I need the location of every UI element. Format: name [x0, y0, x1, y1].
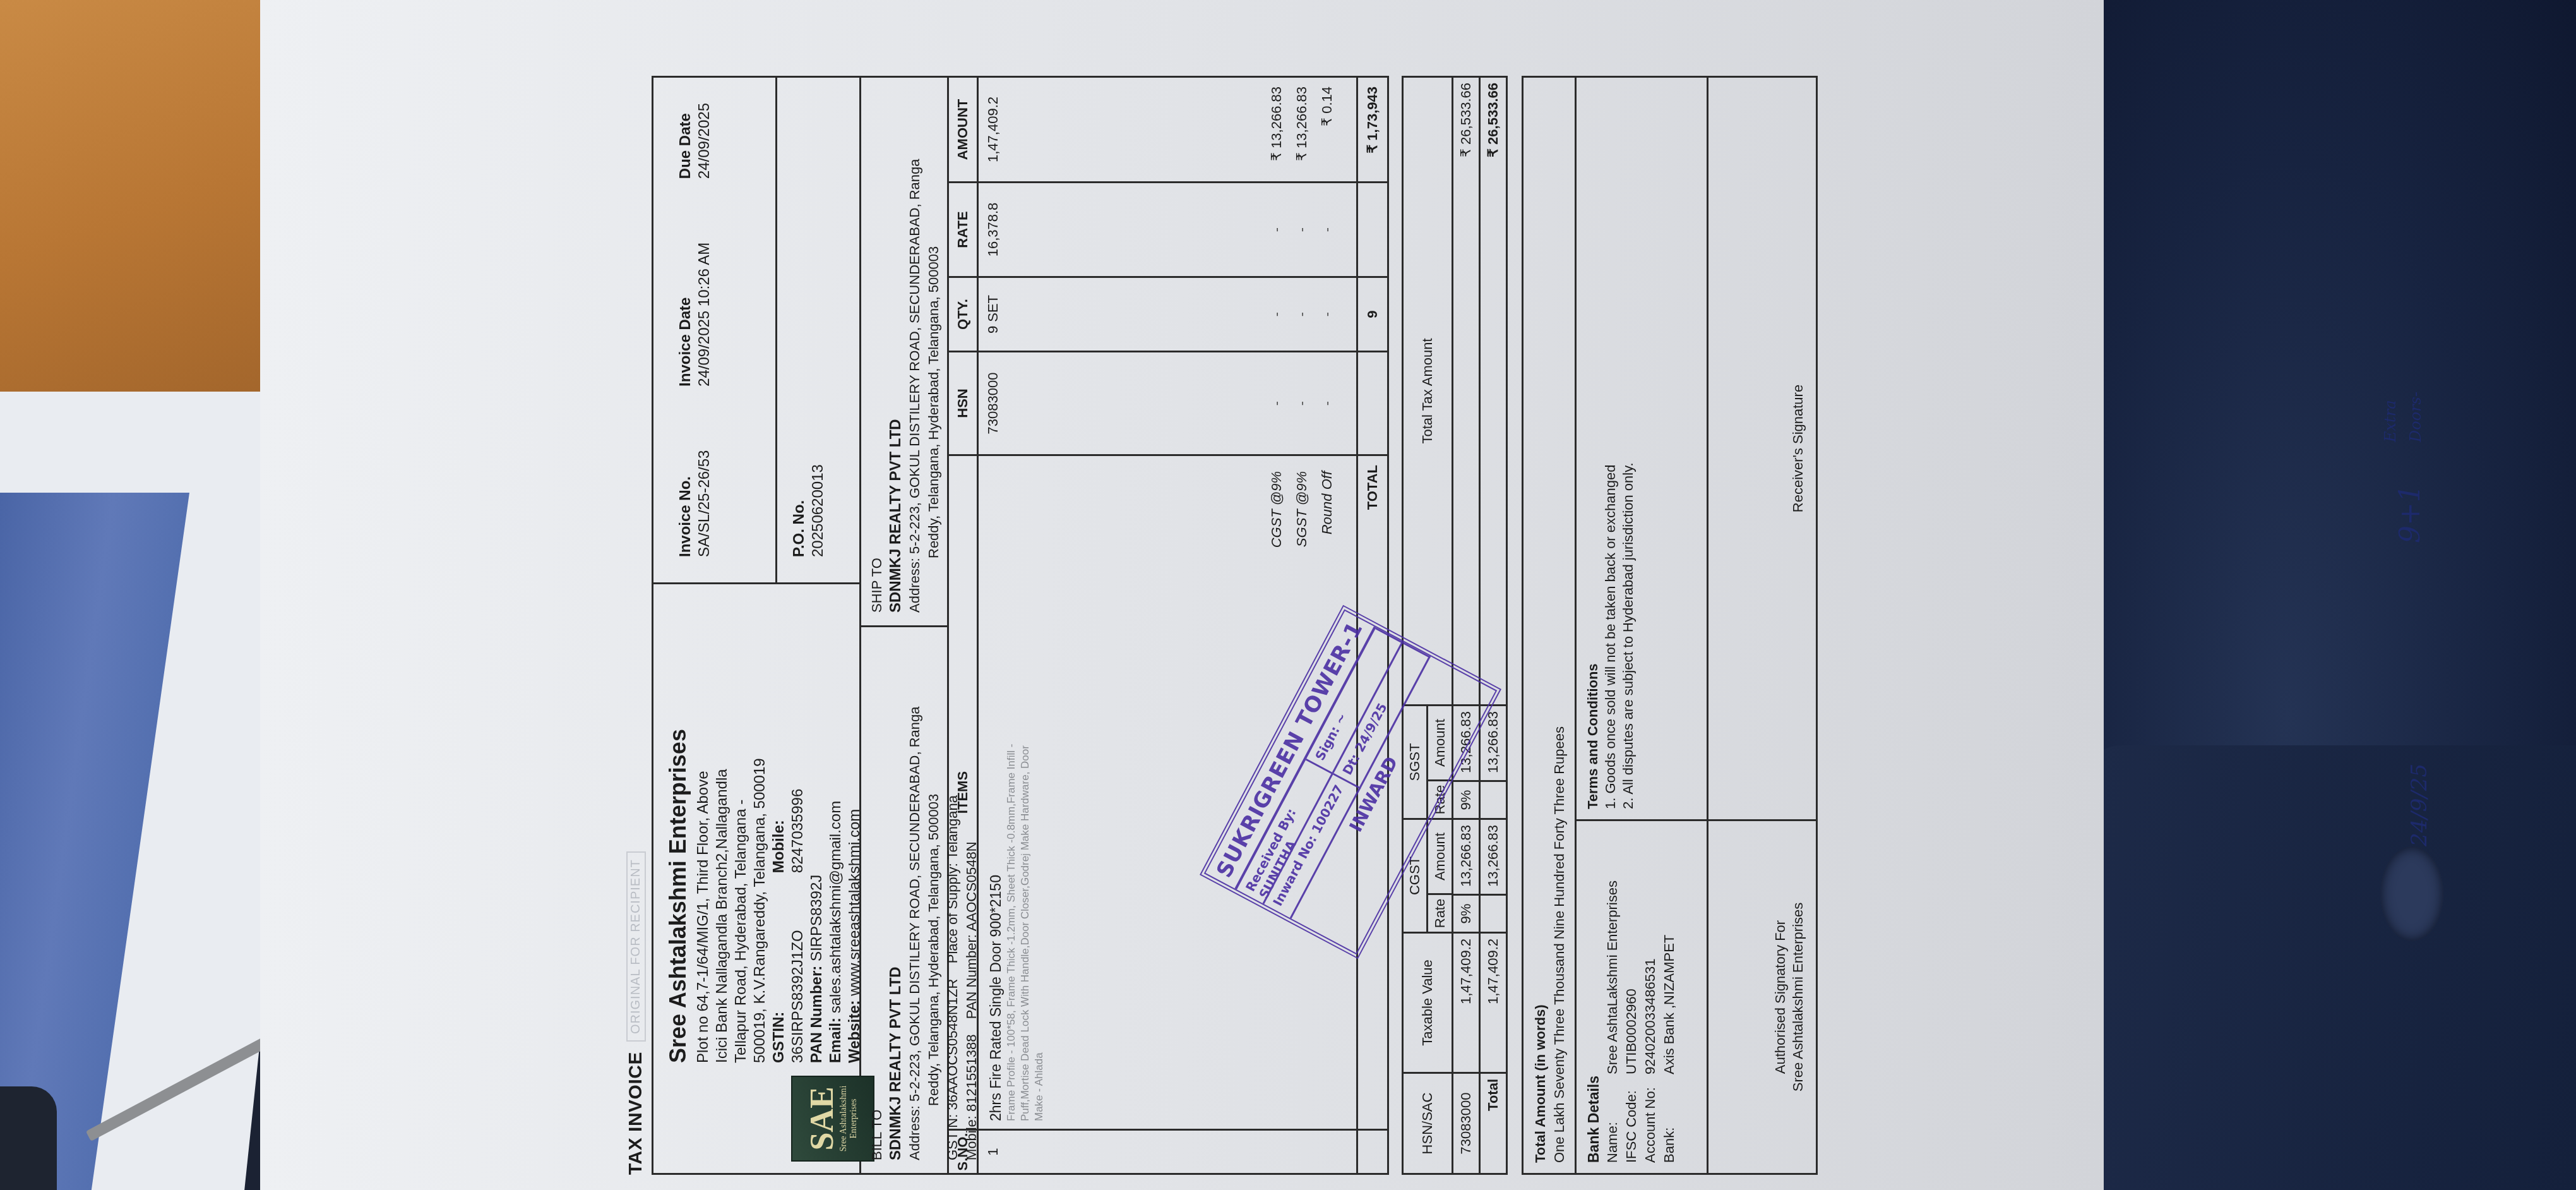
seller-ids: GSTIN: 36SIRPS8392J1ZO Mobile: 824703599… [770, 596, 808, 1063]
seller-address-line: 500019, K.V.Rangareddy, Telangana, 50001… [751, 596, 770, 1063]
bill-to-heading: BILL TO [868, 640, 886, 1160]
seller-name: Sree Ashtalakshmi Enterprises [665, 596, 691, 1063]
summary-sgst-rate: 9% [1453, 780, 1479, 818]
sgst-qty: - [1289, 278, 1315, 351]
ship-to-name: SDNMKJ REALTY PVT LTD [886, 90, 905, 613]
copy-badge: ORIGINAL FOR RECIPIENT [626, 851, 646, 1042]
invoice-page: TAX INVOICE ORIGINAL FOR RECIPIENT SAE S… [583, 0, 2389, 1190]
summary-cgst-rate: 9% [1453, 894, 1479, 932]
handwritten-date: 24/9/25 [2407, 764, 2432, 846]
authorised-signatory: Authorised Signatory ForSree Ashtalakshm… [1708, 819, 1816, 1173]
binder-clip [0, 1086, 57, 1190]
bank-account-name: Sree AshtaLakshmi Enterprises [1603, 880, 1622, 1074]
pan-label: PAN Number: [808, 966, 825, 1063]
invoice-date: 24/09/2025 10:26 AM [695, 243, 714, 387]
bank-details: Bank Details Name:Sree AshtaLakshmi Ente… [1577, 819, 1707, 1173]
seller-email: sales.ashtalakshmi@gmail.com [827, 801, 844, 1013]
col-header-rate: RATE [949, 181, 977, 276]
handwritten-doors: Doors- [2407, 392, 2424, 442]
seller-section: SAE Sree Ashtalakshmi Enterprises Sree A… [653, 78, 861, 1173]
due-date-label: Due Date [676, 103, 695, 179]
gstin-label: GSTIN: [770, 930, 789, 1063]
seller-website: www.sreeashtalakshmi.com [846, 809, 863, 996]
website-label: Website: [846, 1000, 863, 1063]
round-off-qty: - [1315, 278, 1340, 351]
seller-info: Sree Ashtalakshmi Enterprises Plot no 64… [665, 596, 848, 1063]
invoice-no-label: Invoice No. [676, 450, 695, 557]
bank-name: Axis Bank ,NIZAMPET [1660, 935, 1679, 1074]
round-off-hsn: - [1315, 352, 1340, 454]
col-header-hsn: HSN [949, 351, 977, 454]
round-off-amount: ₹ 0.14 [1315, 78, 1340, 181]
ship-to-heading: SHIP TO [868, 90, 886, 613]
summary-cgst-amount: 13,266.83 [1453, 818, 1479, 894]
item-rate: 16,378.8 [979, 181, 1264, 276]
cgst-rate-header: Rate [1428, 893, 1452, 932]
logo-text: Sree Ashtalakshmi Enterprises [839, 1077, 859, 1160]
tax-summary-header: HSN/SAC Taxable Value CGST RateAmount SG… [1404, 78, 1453, 1173]
col-header-items: ITEMS [949, 454, 977, 1129]
item-sno: 1 [979, 1129, 1264, 1173]
col-header-amount: AMOUNT [949, 78, 977, 181]
tax-summary-total: Total 1,47,409.2 13,266.83 13,266.83 ₹ 2… [1481, 78, 1506, 1173]
email-label: Email: [827, 1018, 844, 1063]
handwritten-extra: Extra [2382, 400, 2399, 442]
document-title: TAX INVOICE [625, 1052, 647, 1175]
items-header: S.NO. ITEMS HSN QTY. RATE AMOUNT [949, 78, 979, 1173]
round-off-rate: - [1315, 183, 1340, 276]
ship-to-address: 5-2-223, GOKUL DISTILERY ROAD, SECUNDERA… [907, 159, 922, 554]
seller-address-line: Tellapur Road, Hyderabad, Telangana - [732, 596, 751, 1063]
bill-to: BILL TO SDNMKJ REALTY PVT LTD Address: 5… [861, 625, 947, 1173]
seller-mobile: 8247035996 [789, 789, 808, 873]
item-desc-line: Puff,Mortise Dead Lock With Handle,Door … [1018, 464, 1032, 1121]
summary-total-cgst: 13,266.83 [1481, 818, 1506, 894]
bank-heading: Bank Details [1584, 831, 1603, 1163]
invoice-date-label: Invoice Date [676, 243, 695, 387]
document-header: TAX INVOICE ORIGINAL FOR RECIPIENT [620, 76, 652, 1175]
address-label: Address: [907, 558, 922, 613]
address-label: Address: [907, 1105, 922, 1160]
ifsc-code: UTIB0002960 [1622, 989, 1641, 1074]
account-label: Account No: [1641, 1074, 1660, 1163]
invoice-meta: Invoice No.SA/SL/25-26/53 Invoice Date24… [653, 78, 859, 582]
cgst-amount-header: Amount [1428, 820, 1452, 893]
terms-heading: Terms and Conditions [1584, 88, 1602, 809]
cgst-hsn: - [1264, 352, 1289, 454]
bank-label: Bank: [1660, 1074, 1679, 1163]
item-desc-line: Make - Ahlada [1032, 464, 1046, 1121]
item-qty: 9 SET [979, 276, 1264, 351]
seller-address-line: Plot no 64,7-1/64/MIG/1, Third Floor, Ab… [694, 596, 713, 1063]
sgst-hsn: - [1289, 352, 1315, 454]
col-header-sno: S.NO. [949, 1129, 977, 1173]
bill-to-address: 5-2-223, GOKUL DISTILERY ROAD, SECUNDERA… [907, 706, 922, 1102]
terms-item: 1. Goods once sold will not be taken bac… [1602, 88, 1619, 809]
tax-summary-row: 73083000 1,47,409.2 9% 13,266.83 9% 13,2… [1453, 78, 1481, 1173]
bill-to-name: SDNMKJ REALTY PVT LTD [886, 640, 905, 1160]
logo-mark: SAE [806, 1086, 839, 1150]
table-row: 1 2hrs Fire Rated Single Door 900*2150 F… [979, 78, 1264, 1173]
invoice-frame: SAE Sree Ashtalakshmi Enterprises Sree A… [652, 76, 1389, 1175]
summary-header-hsn: HSN/SAC [1404, 1072, 1452, 1173]
summary-header-total-tax: Total Tax Amount [1404, 78, 1452, 704]
items-table: S.NO. ITEMS HSN QTY. RATE AMOUNT 1 2hrs … [949, 78, 1387, 1173]
summary-total-taxable: 1,47,409.2 [1481, 932, 1506, 1072]
summary-total-tax-amount: ₹ 26,533.66 [1481, 78, 1506, 704]
item-desc-line: Frame Profile - 100*58, Frame Thick -1.2… [1005, 464, 1018, 1121]
summary-taxable: 1,47,409.2 [1453, 932, 1479, 1072]
mobile-label: Mobile: [770, 789, 789, 873]
invoice-meta-row: Invoice No.SA/SL/25-26/53 Invoice Date24… [653, 78, 777, 582]
seller-address-line: Icici Bank Nallagandla Branch2,Nallagand… [713, 596, 732, 1063]
invoice-footer: Total Amount (in words) One Lakh Seventy… [1522, 76, 1818, 1175]
ship-to: SHIP TO SDNMKJ REALTY PVT LTD Address: 5… [861, 78, 947, 625]
receiver-signature: Receiver's Signature [1708, 78, 1816, 819]
po-number: 20250620013 [809, 103, 828, 557]
summary-total-tax: ₹ 26,533.66 [1453, 78, 1479, 704]
seller-gstin: 36SIRPS8392J1ZO [789, 930, 808, 1063]
item-hsn: 73083000 [979, 351, 1264, 454]
amount-in-words: Total Amount (in words) One Lakh Seventy… [1524, 78, 1577, 1173]
cgst-amount: ₹ 13,266.83 [1264, 78, 1289, 181]
terms-item: 2. All disputes are subject to Hyderabad… [1619, 88, 1637, 809]
total-qty: 9 [1358, 276, 1387, 351]
tax-summary-table: HSN/SAC Taxable Value CGST RateAmount SG… [1402, 76, 1508, 1175]
signature-row: Authorised Signatory ForSree Ashtalakshm… [1708, 78, 1816, 1173]
stamp-date-label: Dt: [1340, 751, 1363, 777]
bill-to-address-2: Reddy, Telangana, Hyderabad, Telangana, … [924, 640, 943, 1160]
col-header-qty: QTY. [949, 276, 977, 351]
authorised-signatory-company: Sree Ashtalakshmi Enterprises [1789, 903, 1807, 1092]
receiver-signature-label: Receiver's Signature [1789, 385, 1807, 512]
item-title: 2hrs Fire Rated Single Door 900*2150 [987, 464, 1005, 1121]
item-amount: 1,47,409.2 [979, 78, 1264, 181]
parties-section: BILL TO SDNMKJ REALTY PVT LTD Address: 5… [861, 78, 949, 1173]
cgst-qty: - [1264, 278, 1289, 351]
po-block: P.O. No. 20250620013 [777, 78, 859, 582]
summary-hsn: 73083000 [1453, 1072, 1479, 1173]
summary-header-taxable: Taxable Value [1404, 932, 1452, 1072]
account-number: 924020033486531 [1641, 958, 1660, 1074]
bank-terms-row: Bank Details Name:Sree AshtaLakshmi Ente… [1577, 78, 1708, 1173]
invoice-no: SA/SL/25-26/53 [695, 450, 714, 557]
garment-button [2380, 846, 2443, 941]
ifsc-label: IFSC Code: [1622, 1074, 1641, 1163]
sgst-rate: - [1289, 183, 1315, 276]
seller-pan: SIRPS8392J [808, 875, 825, 961]
grand-total: ₹ 1,73,943 [1358, 78, 1387, 181]
stamp-signature: ~ [1332, 711, 1350, 727]
amount-in-words-label: Total Amount (in words) [1531, 88, 1550, 1163]
item-description: 2hrs Fire Rated Single Door 900*2150 Fra… [979, 454, 1264, 1129]
authorised-signatory-label: Authorised Signatory For [1772, 903, 1789, 1092]
amount-in-words-value: One Lakh Seventy Three Thousand Nine Hun… [1550, 88, 1569, 1163]
terms-and-conditions: Terms and Conditions 1. Goods once sold … [1577, 78, 1707, 819]
ship-to-address-2: Reddy, Telangana, Hyderabad, Telangana, … [924, 90, 943, 613]
summary-total-label: Total [1481, 1072, 1506, 1173]
po-label: P.O. No. [790, 103, 809, 557]
handwritten-count: 9+1 [2394, 484, 2426, 543]
seller-block: SAE Sree Ashtalakshmi Enterprises Sree A… [653, 582, 859, 1173]
due-date: 24/09/2025 [695, 103, 714, 179]
sgst-amount: ₹ 13,266.83 [1289, 78, 1315, 181]
bank-name-label: Name: [1603, 1074, 1622, 1163]
cgst-rate: - [1264, 183, 1289, 276]
